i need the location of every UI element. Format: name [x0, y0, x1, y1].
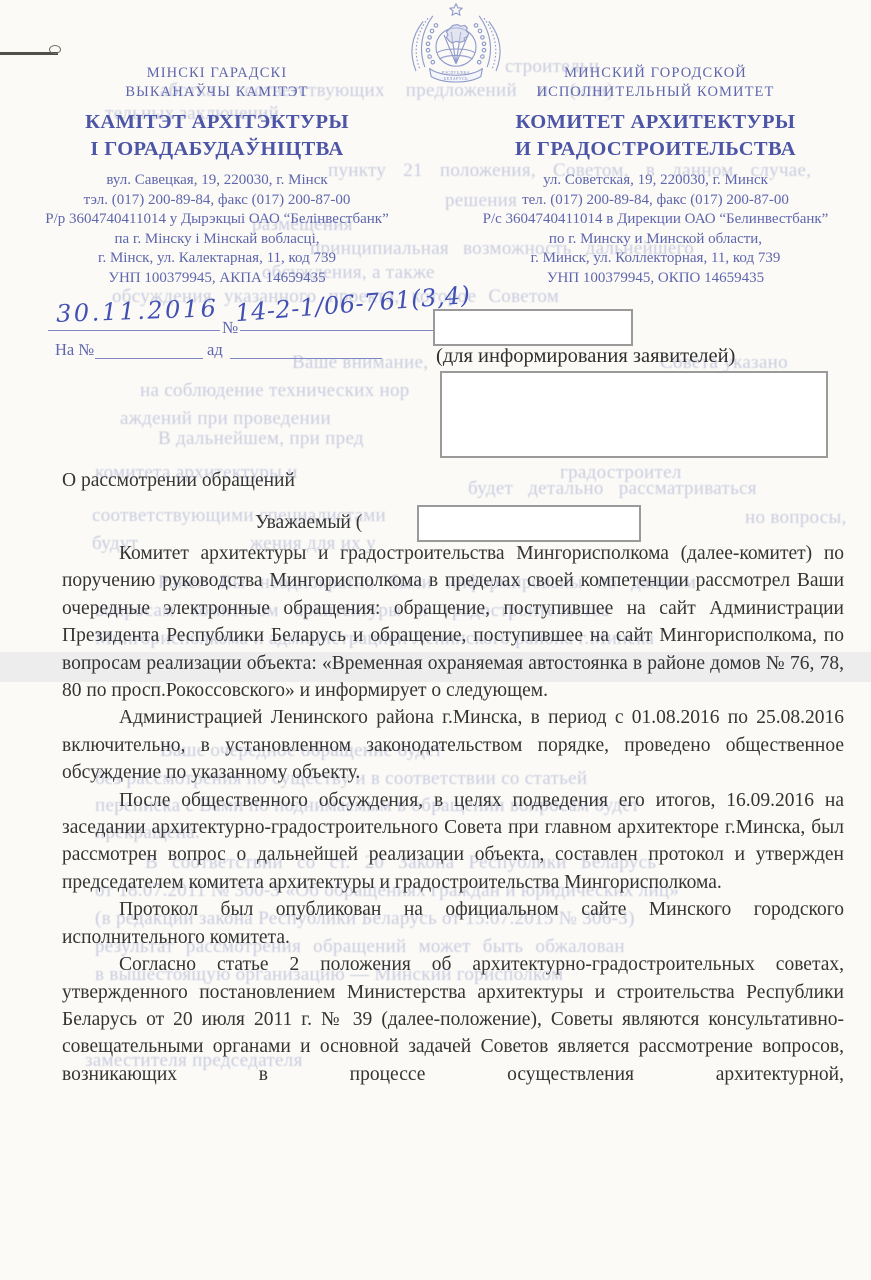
letterhead-belarusian: МІНСКІ ГАРАДСКІ ВЫКАНАЎЧЫ КАМІТЭТ КАМІТЭ…	[14, 64, 420, 288]
org-name-line: МИНСКИЙ ГОРОДСКОЙ	[440, 64, 871, 83]
body-paragraph: Комитет архитектуры и градостроительства…	[62, 540, 844, 704]
scanned-letter-page: строительнаботка соответствующих предлож…	[0, 0, 871, 1280]
phone-line: тел. (017) 200-89-84, факс (017) 200-87-…	[440, 191, 871, 211]
bleedthrough-text: но вопросы,	[745, 507, 847, 529]
staple-mark	[0, 52, 58, 55]
committee-title-line: І ГОРАДАБУДАЎНІЦТВА	[14, 136, 420, 163]
committee-title-line: КАМІТЭТ АРХІТЭКТУРЫ	[14, 109, 420, 136]
bank-region-line: па г. Мінску і Мінскай вобласці,	[14, 230, 420, 250]
body-paragraph: Администрацией Ленинского района г.Минск…	[62, 704, 844, 786]
letter-body: Комитет архитектуры и градостроительства…	[62, 540, 844, 1088]
committee-title-line: КОМИТЕТ АРХИТЕКТУРЫ	[440, 109, 871, 136]
bleedthrough-text: аждений при проведении	[120, 408, 331, 430]
bank-address-line: г. Минск, ул. Коллекторная, 11, код 739	[440, 249, 871, 269]
redaction-box-recipient-address	[440, 371, 828, 458]
address-line: вул. Савецкая, 19, 220030, г. Мінск	[14, 171, 420, 191]
body-paragraph: Согласно статье 2 положения об архитекту…	[62, 951, 844, 1088]
phone-line: тэл. (017) 200-89-84, факс (017) 200-87-…	[14, 191, 420, 211]
org-name-line: МІНСКІ ГАРАДСКІ	[14, 64, 420, 83]
reply-to-number-label: На №	[55, 340, 94, 360]
bleedthrough-text: на соблюдение технических нор	[140, 380, 410, 402]
staple-mark-loop	[49, 45, 61, 54]
letterhead-russian: МИНСКИЙ ГОРОДСКОЙ ИСПОЛНИТЕЛЬНЫЙ КОМИТЕТ…	[440, 64, 871, 288]
registration-codes-line: УНП 100379945, АКПА 14659435	[14, 269, 420, 289]
bleedthrough-text: будет детально рассматриваться	[468, 478, 757, 500]
org-name-line: ИСПОЛНИТЕЛЬНЫЙ КОМИТЕТ	[440, 83, 871, 102]
body-paragraph: После общественного обсуждения, в целях …	[62, 787, 844, 897]
body-paragraph: Протокол был опубликован на официальном …	[62, 896, 844, 951]
subject-line: О рассмотрении обращений	[62, 470, 295, 492]
reply-from-label: ад	[207, 340, 223, 360]
recipient-info-note: (для информирования заявителей)	[436, 345, 735, 368]
salutation-line: Уважаемый (	[255, 512, 362, 534]
bank-account-line: Р/р 3604740411014 у Дырэкцыі ОАО “Белінв…	[14, 210, 420, 230]
reply-date-ruling-line	[230, 338, 382, 359]
bleedthrough-text: В дальнейшем, при пред	[158, 428, 364, 450]
number-ruling-line	[240, 310, 445, 331]
redaction-box-addressee-name	[417, 505, 641, 542]
address-line: ул. Советская, 19, 220030, г. Минск	[440, 171, 871, 191]
date-ruling-line	[48, 310, 220, 331]
committee-title-line: И ГРАДОСТРОИТЕЛЬСТВА	[440, 136, 871, 163]
org-name-line: ВЫКАНАЎЧЫ КАМІТЭТ	[14, 83, 420, 102]
registration-codes-line: УНП 100379945, ОКПО 14659435	[440, 269, 871, 289]
bank-account-line: Р/с 3604740411014 в Дирекции ОАО “Белинв…	[440, 210, 871, 230]
bank-address-line: г. Мінск, ул. Калектарная, 11, код 739	[14, 249, 420, 269]
reply-number-ruling-line	[95, 338, 203, 359]
bank-region-line: по г. Минску и Минской области,	[440, 230, 871, 250]
redaction-box-recipient-name	[433, 309, 633, 346]
